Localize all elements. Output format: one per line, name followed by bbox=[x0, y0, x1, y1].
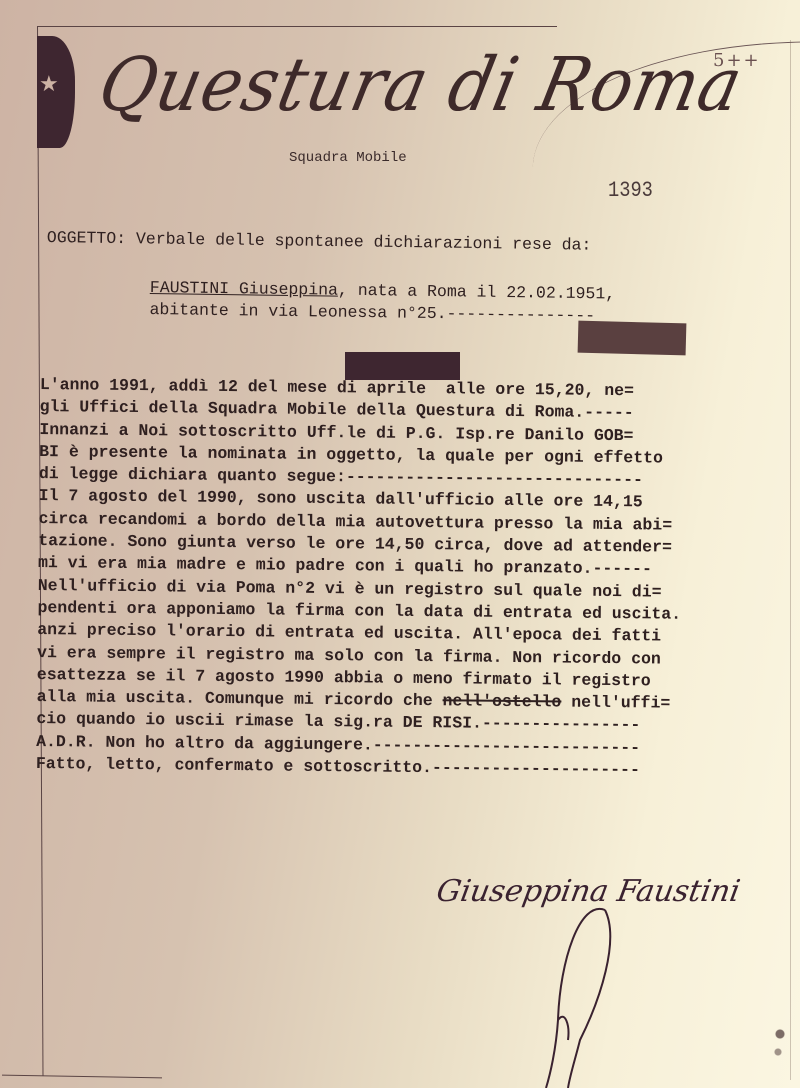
body-line: cio quando io uscii rimase la sig.ra DE … bbox=[36, 709, 640, 734]
handwritten-corner-marks: 5++ bbox=[713, 50, 761, 71]
protocol-number: 1393 bbox=[608, 178, 653, 203]
document-page: ★ Questura di Roma Squadra Mobile 1393 5… bbox=[0, 0, 800, 1088]
body-line: A.D.R. Non ho altro da aggiungere.------… bbox=[36, 732, 640, 757]
body-line: anzi preciso l'orario di entrata ed usci… bbox=[37, 620, 661, 646]
body-line: L'anno 1991, addì 12 del mese di aprile … bbox=[40, 375, 634, 400]
person-birth: , nata a Roma il 22.02.1951, bbox=[338, 281, 615, 304]
subject-label: OGGETTO: bbox=[47, 228, 126, 248]
person-address: abitante in via Leonessa n°25.----------… bbox=[149, 300, 595, 325]
ink-speckles bbox=[770, 1010, 790, 1070]
body-line: Nell'ufficio di via Poma n°2 vi è un reg… bbox=[38, 576, 662, 602]
subject-line: OGGETTO: Verbale delle spontanee dichiar… bbox=[47, 227, 592, 257]
emblem-icon: ★ bbox=[37, 36, 75, 148]
redaction-block bbox=[345, 352, 460, 380]
body-line: Il 7 agosto del 1990, sono uscita dall'u… bbox=[39, 486, 643, 511]
body-line: vi era sempre il registro ma solo con la… bbox=[37, 643, 661, 669]
body-line: pendenti ora apponiamo la firma con la d… bbox=[37, 598, 681, 624]
body-line: Fatto, letto, confermato e sottoscritto.… bbox=[36, 754, 640, 779]
page-edge bbox=[790, 40, 791, 1080]
letterhead-title: Questura di Roma bbox=[92, 42, 750, 128]
body-line: gli Uffici della Squadra Mobile della Qu… bbox=[40, 397, 634, 422]
body-line: di legge dichiara quanto segue:---------… bbox=[39, 464, 643, 489]
body-line: mi vi era mia madre e mio padre con i qu… bbox=[38, 553, 652, 578]
struck-text: nell'ostello bbox=[442, 691, 561, 711]
star-icon: ★ bbox=[39, 74, 59, 96]
frame-bottom-line bbox=[2, 1075, 162, 1079]
statement-body: L'anno 1991, addì 12 del mese di aprile … bbox=[36, 374, 684, 782]
frame-top-line bbox=[37, 26, 557, 27]
body-line-tail: nell'uffi= bbox=[561, 693, 670, 713]
body-line: BI è presente la nominata in oggetto, la… bbox=[39, 442, 663, 468]
letterhead-subheader: Squadra Mobile bbox=[289, 150, 407, 166]
body-line: tazione. Sono giunta verso le ore 14,50 … bbox=[38, 531, 672, 557]
body-line: esattezza se il 7 agosto 1990 abbia o me… bbox=[37, 665, 651, 690]
body-line: circa recandomi a bordo della mia autove… bbox=[38, 509, 672, 535]
body-line: alla mia uscita. Comunque mi ricordo che bbox=[37, 687, 443, 710]
person-name: FAUSTINI Giuseppina bbox=[150, 278, 338, 300]
person-details: FAUSTINI Giuseppina, nata a Roma il 22.0… bbox=[149, 277, 615, 327]
redaction-block bbox=[578, 321, 687, 356]
signature-stroke-icon bbox=[540, 900, 620, 1088]
body-line: Innanzi a Noi sottoscritto Uff.le di P.G… bbox=[39, 420, 633, 445]
subject-text: Verbale delle spontanee dichiarazioni re… bbox=[136, 229, 592, 254]
